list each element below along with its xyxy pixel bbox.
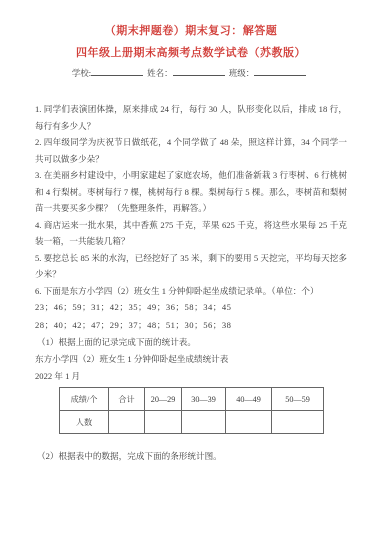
stat-table-date: 2022 年 1 月	[35, 368, 347, 385]
name-label: 姓名：	[147, 68, 173, 78]
student-info-line: 学校:姓名：班级：	[35, 66, 347, 79]
header-cell-range-40-49: 40—49	[226, 388, 272, 411]
question-6-sub2: （2）根据表中的数据，完成下面的条形统计图。	[35, 448, 347, 465]
question-6-sub1: （1）根据上面的记录完成下面的统计表。	[35, 334, 347, 351]
table-header-row: 成绩/个 合计 20—29 30—39 40—49 50—59	[60, 388, 324, 411]
score-statistics-table: 成绩/个 合计 20—29 30—39 40—49 50—59 人数	[59, 387, 324, 434]
table-cell-empty-20-29	[145, 411, 182, 434]
question-3: 3. 在美丽乡村建设中，小明家建起了家庭农场，他们准备新栽 3 行枣树、6 行桃…	[35, 167, 347, 217]
exam-paper-page: （期末押题卷）期末复习：解答题 四年级上册期末高频考点数学试卷（苏教版） 学校:…	[0, 0, 382, 540]
school-label: 学校:	[72, 68, 91, 78]
stat-table-title: 东方小学四（2）班女生 1 分钟仰卧起坐成绩统计表	[35, 351, 347, 368]
table-cell-empty-40-49	[226, 411, 272, 434]
header-cell-score: 成绩/个	[60, 388, 109, 411]
table-cell-empty-30-39	[182, 411, 226, 434]
row-label-people-count: 人数	[60, 411, 109, 434]
question-5: 5. 要挖总长 85 米的水沟，已经挖好了 35 米，剩下的要用 5 天挖完，平…	[35, 250, 347, 283]
name-blank-field	[173, 66, 225, 76]
question-4: 4. 商店运来一批水果，其中香蕉 275 千克，苹果 625 千克，将这些水果每…	[35, 217, 347, 250]
header-cell-range-50-59: 50—59	[272, 388, 324, 411]
question-6-record-line-2: 28；40；42；47；29；37；48；51；30；56；38	[35, 317, 347, 335]
class-label: 班级：	[229, 68, 255, 78]
paper-title-line2: 四年级上册期末高频考点数学试卷（苏教版）	[35, 46, 347, 61]
header-cell-range-20-29: 20—29	[145, 388, 182, 411]
class-blank-field	[254, 66, 306, 76]
paper-title-line1: （期末押题卷）期末复习：解答题	[35, 24, 347, 39]
question-6-record-line-1: 23；46；59；31；42；35；49；36；58；34；45	[35, 299, 347, 317]
question-2: 2. 四年级同学为庆祝节日做纸花，4 个同学做了 48 朵，照这样计算，34 个…	[35, 134, 347, 167]
question-6-intro: 6. 下面是东方小学四（2）班女生 1 分钟仰卧起坐成绩记录单。（单位：个）	[35, 283, 347, 300]
header-cell-range-30-39: 30—39	[182, 388, 226, 411]
table-cell-empty-50-59	[272, 411, 324, 434]
table-cell-empty-total	[109, 411, 145, 434]
school-blank-field	[91, 66, 143, 76]
question-1: 1. 同学们表演团体操，原来排成 24 行，每行 30 人，队形变化以后，排成 …	[35, 101, 347, 134]
table-row: 人数	[60, 411, 324, 434]
header-cell-total: 合计	[109, 388, 145, 411]
